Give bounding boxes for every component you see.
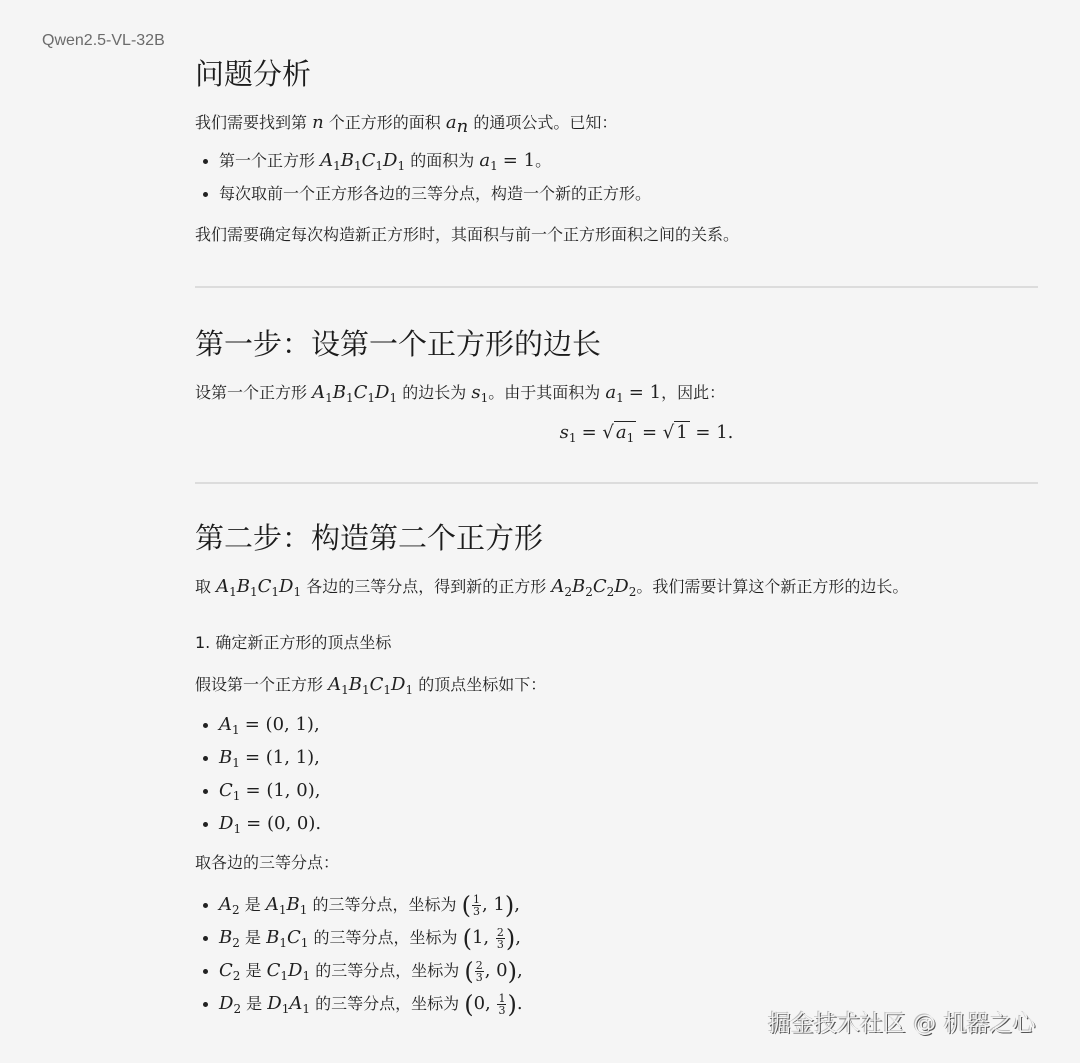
answer-content: 问题分析 我们需要找到第 n 个正方形的面积 an 的通项公式。已知： 第一个正… — [195, 52, 1038, 1020]
list-item: 第一个正方形 A1B1C1D1 的面积为 a1 = 1。 — [195, 144, 1038, 177]
trisect-intro: 取各边的三等分点： — [195, 850, 1038, 876]
model-label: Qwen2.5-VL-32B — [42, 32, 165, 50]
coords-intro: 假设第一个正方形 A1B1C1D1 的顶点坐标如下： — [195, 672, 1038, 698]
list-item: C1 = (1, 0), — [195, 774, 1038, 807]
list-item: C2 是 C1D1 的三等分点，坐标为 (23, 0), — [195, 954, 1038, 987]
watermark: 掘金技术社区 @ 机器之心 — [768, 1005, 1036, 1038]
known-conditions-list: 第一个正方形 A1B1C1D1 的面积为 a1 = 1。 每次取前一个正方形各边… — [195, 144, 1038, 210]
equation-side-length: s1 = √a1 = √1 = 1. — [255, 420, 1038, 446]
list-item: 每次取前一个正方形各边的三等分点，构造一个新的正方形。 — [195, 177, 1038, 210]
divider — [195, 286, 1038, 288]
divider — [195, 482, 1038, 484]
list-item: B2 是 B1C1 的三等分点，坐标为 (1, 23), — [195, 921, 1038, 954]
list-item: B1 = (1, 1), — [195, 741, 1038, 774]
step-one-paragraph: 设第一个正方形 A1B1C1D1 的边长为 s1。由于其面积为 a1 = 1，因… — [195, 380, 1038, 406]
vertex-list: A1 = (0, 1), B1 = (1, 1), C1 = (1, 0), D… — [195, 708, 1038, 840]
section-title-step-two: 第二步：构造第二个正方形 — [195, 516, 1038, 560]
sub-heading-vertex-coords: 1. 确定新正方形的顶点坐标 — [195, 630, 1038, 656]
trisection-points-list: A2 是 A1B1 的三等分点，坐标为 (13, 1), B2 是 B1C1 的… — [195, 888, 1038, 1020]
section-title-step-one: 第一步：设第一个正方形的边长 — [195, 322, 1038, 366]
intro-paragraph: 我们需要找到第 n 个正方形的面积 an 的通项公式。已知： — [195, 110, 1038, 136]
list-item: A1 = (0, 1), — [195, 708, 1038, 741]
section-title-problem-analysis: 问题分析 — [195, 52, 1038, 96]
list-item: A2 是 A1B1 的三等分点，坐标为 (13, 1), — [195, 888, 1038, 921]
step-two-paragraph: 取 A1B1C1D1 各边的三等分点，得到新的正方形 A2B2C2D2。我们需要… — [195, 574, 1038, 600]
list-item: D1 = (0, 0). — [195, 807, 1038, 840]
closing-paragraph: 我们需要确定每次构造新正方形时，其面积与前一个正方形面积之间的关系。 — [195, 222, 1038, 248]
